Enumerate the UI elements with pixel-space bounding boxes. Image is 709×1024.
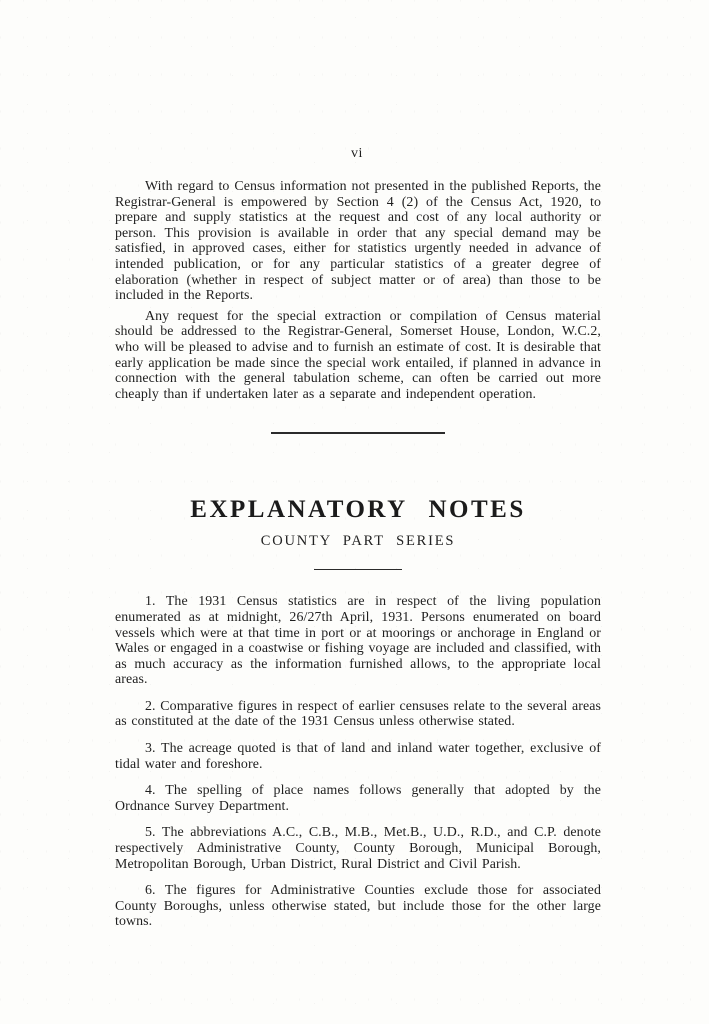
- note-item: 4. The spelling of place names follows g…: [115, 783, 601, 814]
- note-item: 2. Comparative figures in respect of ear…: [115, 699, 601, 730]
- scanned-document-page: vi With regard to Census information not…: [0, 0, 709, 1024]
- note-item: 6. The figures for Administrative Counti…: [115, 883, 601, 930]
- intro-paragraph: With regard to Census information not pr…: [115, 179, 601, 304]
- intro-paragraph: Any request for the special extraction o…: [115, 309, 601, 403]
- note-item: 1. The 1931 Census statistics are in res…: [115, 594, 601, 688]
- section-subtitle: COUNTY PART SERIES: [115, 533, 601, 550]
- note-item: 3. The acreage quoted is that of land an…: [115, 741, 601, 772]
- section-divider-rule: [271, 432, 445, 434]
- section-title: EXPLANATORY NOTES: [115, 496, 601, 524]
- subtitle-divider-rule: [314, 569, 402, 570]
- note-item: 5. The abbreviations A.C., C.B., M.B., M…: [115, 825, 601, 872]
- text-column: With regard to Census information not pr…: [115, 179, 601, 930]
- explanatory-notes-list: 1. The 1931 Census statistics are in res…: [115, 594, 601, 930]
- page-number: vi: [114, 146, 600, 162]
